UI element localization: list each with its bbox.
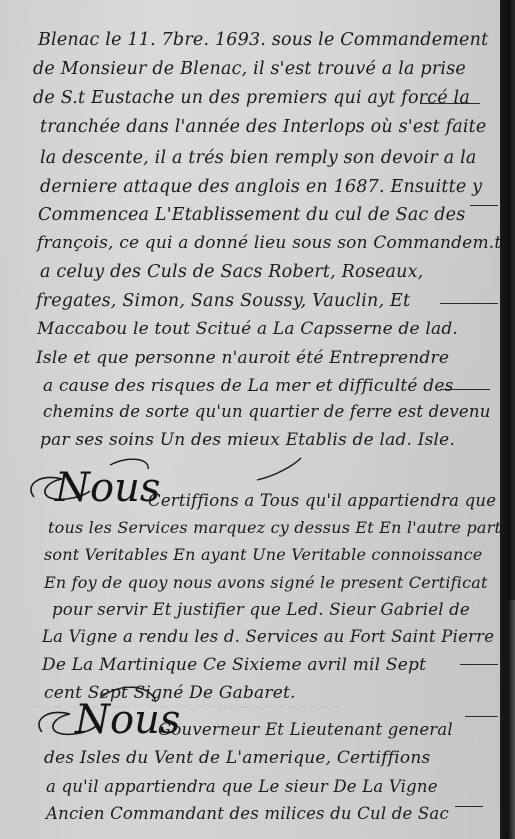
text-line: tous les Services marquez cy dessus Et E… bbox=[48, 520, 501, 536]
decorative-stroke-icon bbox=[255, 456, 305, 482]
line-filler-rule bbox=[465, 716, 498, 717]
text-line: a qu'il appartiendra que Le sieur De La … bbox=[46, 779, 438, 796]
text-line: Gouverneur Et Lieutenant general bbox=[158, 722, 453, 739]
line-filler-rule bbox=[470, 205, 498, 206]
line-filler-rule bbox=[460, 664, 498, 665]
text-line: Blenac le 11. 7bre. 1693. sous le Comman… bbox=[38, 32, 488, 50]
text-line: Certiffions a Tous qu'il appartiendra qu… bbox=[148, 493, 496, 510]
text-line: fregates, Simon, Sans Soussy, Vauclin, E… bbox=[36, 293, 410, 311]
text-line: pour servir Et justifier que Led. Sieur … bbox=[52, 602, 470, 619]
text-line: par ses soins Un des mieux Etablis de la… bbox=[40, 432, 455, 449]
line-filler-rule bbox=[440, 303, 498, 304]
text-line: Ancien Commandant des milices du Cul de … bbox=[46, 806, 449, 823]
text-line: a celuy des Culs de Sacs Robert, Roseaux… bbox=[40, 264, 423, 282]
text-line: a cause des risques de La mer et difficu… bbox=[43, 378, 454, 395]
text-line: derniere attaque des anglois en 1687. En… bbox=[40, 179, 482, 197]
text-line: de S.t Eustache un des premiers qui ayt … bbox=[33, 90, 470, 108]
text-line: de Monsieur de Blenac, il s'est trouvé a… bbox=[33, 61, 466, 79]
text-line: La Vigne a rendu les d. Services au Fort… bbox=[42, 629, 494, 646]
text-line: françois, ce qui a donné lieu sous son C… bbox=[37, 235, 501, 252]
nous-initial: Nous bbox=[55, 468, 160, 508]
text-line: des Isles du Vent de L'amerique, Certiff… bbox=[44, 750, 430, 767]
text-line: Commencea L'Etablissement du cul de Sac … bbox=[38, 207, 465, 225]
text-line: Isle et que personne n'auroit été Entrep… bbox=[36, 350, 449, 367]
text-line: Maccabou le tout Scitué a La Capsserne d… bbox=[37, 321, 458, 338]
text-line: sont Veritables En ayant Une Veritable c… bbox=[44, 547, 482, 563]
manuscript-page: ~~~~~ ~~~~~~ ~~~~ ~~~~~~~~ ~~~~~ ~~~~~~ … bbox=[0, 0, 500, 839]
line-filler-rule bbox=[455, 806, 483, 807]
text-line: chemins de sorte qu'un quartier de ferre… bbox=[43, 404, 491, 421]
text-line: De La Martinique Ce Sixieme avril mil Se… bbox=[42, 657, 426, 674]
text-line: tranchée dans l'année des Interlops où s… bbox=[40, 119, 486, 137]
line-filler-rule bbox=[420, 103, 480, 104]
text-line: En foy de quoy nous avons signé le prese… bbox=[44, 575, 488, 591]
line-filler-rule bbox=[440, 389, 490, 390]
text-line: la descente, il a trés bien remply son d… bbox=[40, 150, 477, 168]
page-binding-edge-lower bbox=[508, 600, 515, 839]
